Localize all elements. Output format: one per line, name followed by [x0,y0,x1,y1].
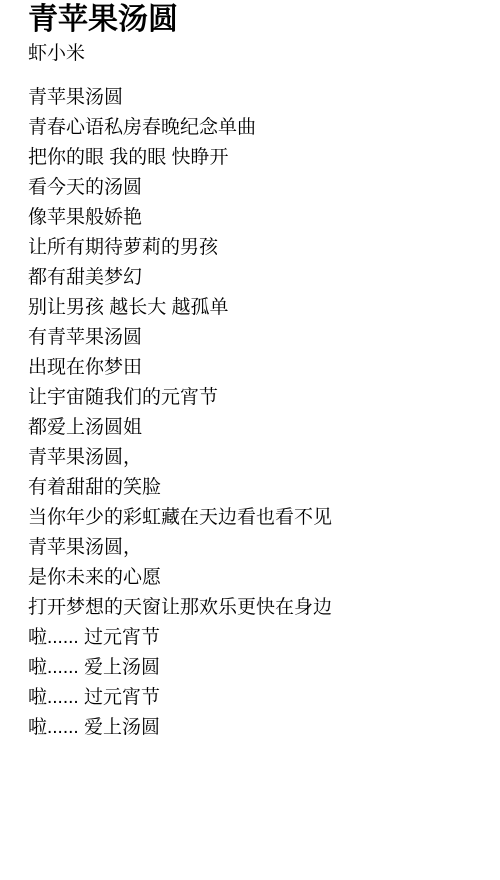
lyric-line: 青苹果汤圆， [28,443,480,473]
lyric-line: 让宇宙随我们的元宵节 [28,383,480,413]
song-title: 青苹果汤圆 [28,2,480,38]
lyrics-body: 青苹果汤圆 青春心语私房春晚纪念单曲 把你的眼 我的眼 快睁开 看今天的汤圆 像… [28,83,480,743]
lyrics-page: 青苹果汤圆 虾小米 青苹果汤圆 青春心语私房春晚纪念单曲 把你的眼 我的眼 快睁… [0,0,500,880]
lyric-line: 当你年少的彩虹藏在天边看也看不见 [28,503,480,533]
lyric-line: 把你的眼 我的眼 快睁开 [28,143,480,173]
lyric-line: 像苹果般娇艳 [28,203,480,233]
lyric-line: 青苹果汤圆 [28,83,480,113]
lyric-line: 别让男孩 越长大 越孤单 [28,293,480,323]
lyric-line: 都爱上汤圆姐 [28,413,480,443]
lyric-line: 有青苹果汤圆 [28,323,480,353]
lyric-line: 是你未来的心愿 [28,563,480,593]
artist-name: 虾小米 [28,42,480,66]
lyric-line: 都有甜美梦幻 [28,263,480,293]
lyric-line: 让所有期待萝莉的男孩 [28,233,480,263]
lyric-line: 啦...... 爱上汤圆 [28,653,480,683]
lyric-line: 青苹果汤圆， [28,533,480,563]
lyric-line: 青春心语私房春晚纪念单曲 [28,113,480,143]
lyric-line: 出现在你梦田 [28,353,480,383]
lyric-line: 打开梦想的天窗让那欢乐更快在身边 [28,593,480,623]
lyric-line: 有着甜甜的笑脸 [28,473,480,503]
lyric-line: 啦...... 过元宵节 [28,683,480,713]
lyric-line: 啦...... 过元宵节 [28,623,480,653]
lyric-line: 啦...... 爱上汤圆 [28,713,480,743]
lyric-line: 看今天的汤圆 [28,173,480,203]
